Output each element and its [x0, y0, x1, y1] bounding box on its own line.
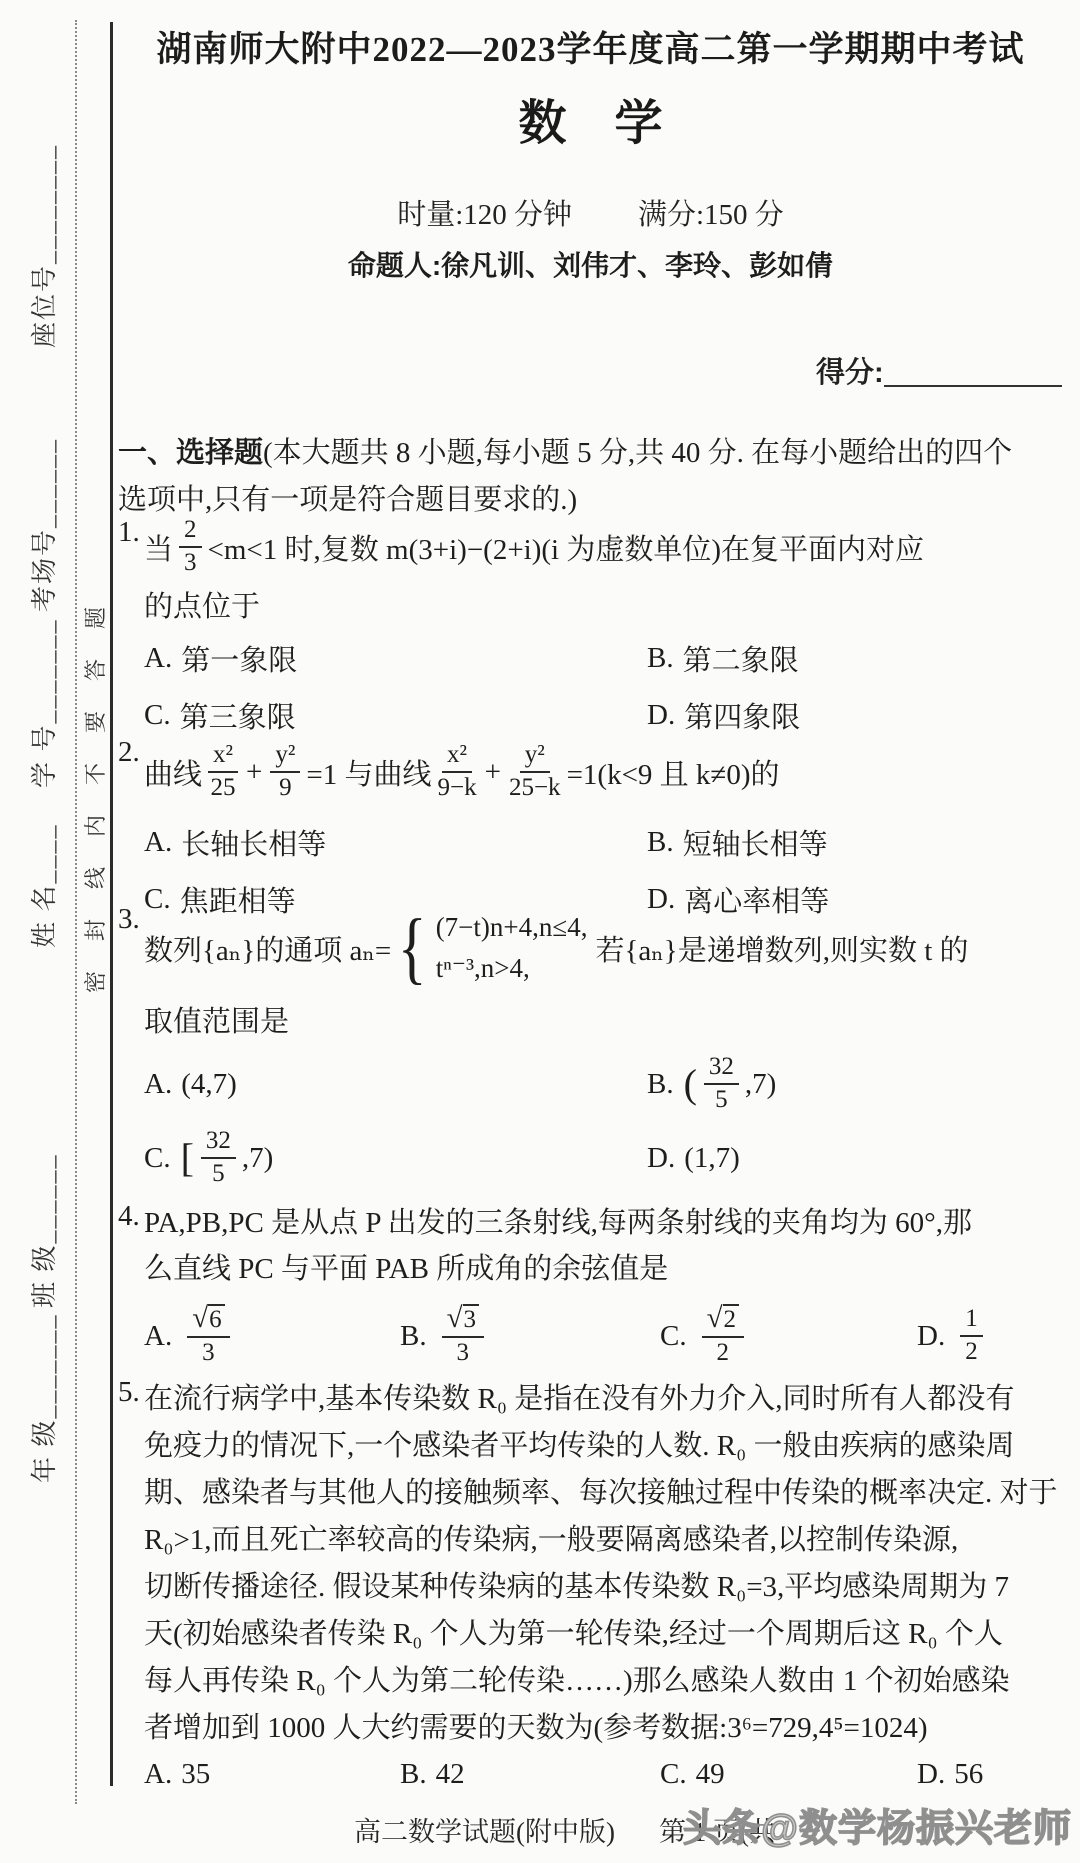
- question-text-run: 当: [144, 527, 173, 568]
- fraction-denominator: 5: [212, 1159, 225, 1189]
- question-number: 3.: [118, 903, 144, 1189]
- exam-paper-page: { "sym": { "sqrt": "√", "lbrace": "{" },…: [0, 0, 1080, 1863]
- option-text: 49: [696, 1758, 725, 1791]
- margin-solid-line: [110, 22, 113, 1786]
- question-text-run: =1(k<9 且 k≠0)的: [567, 752, 780, 793]
- option-a: A.长轴长相等: [144, 822, 647, 863]
- fraction-denominator: 25: [211, 773, 236, 803]
- fraction-denominator: 2: [717, 1338, 730, 1368]
- fraction-denominator: 3: [457, 1338, 470, 1368]
- option-label: D.: [917, 1758, 945, 1791]
- plus-sign: +: [246, 756, 262, 789]
- seat-number-label: 座位号________: [24, 144, 61, 348]
- radicand: 6: [208, 1304, 225, 1335]
- option-text: 长轴长相等: [181, 822, 326, 863]
- option-label: A.: [144, 826, 172, 859]
- section-heading: 一、选择题: [118, 437, 263, 469]
- exam-title: 湖南师大附中2022—2023学年度高二第一学期期中考试: [118, 22, 1063, 72]
- options-grid: A.第一象限 B.第二象限 C.第三象限 D.第四象限: [144, 638, 1063, 736]
- question-text-run: <m<1 时,复数 m(3+i)−(2+i)(i 为虚数单位)在复平面内对应: [208, 527, 925, 568]
- option-b: B.短轴长相等: [647, 822, 1063, 863]
- question-1: 1. 当 2 3 <m<1 时,复数 m(3+i)−(2+i)(i 为虚数单位)…: [118, 516, 1063, 736]
- question-text-line: 在流行病学中,基本传染数 R₀ 是指在没有外力介入,同时所有人都没有: [144, 1376, 1063, 1423]
- name-label: 姓 名____: [24, 823, 61, 948]
- question-text-line: 每人再传染 R₀ 个人为第二轮传染……)那么感染人数由 1 个初始感染: [144, 1658, 1063, 1705]
- question-text: 当 2 3 <m<1 时,复数 m(3+i)−(2+i)(i 为虚数单位)在复平…: [144, 516, 1063, 578]
- option-text: 第一象限: [181, 638, 297, 679]
- option-label: A.: [144, 1758, 172, 1791]
- score-blank-line: [884, 357, 1062, 387]
- question-5: 5. 在流行病学中,基本传染数 R₀ 是指在没有外力介入,同时所有人都没有 免疫…: [118, 1376, 1063, 1791]
- option-b: B. ( 325 ,7): [647, 1053, 1063, 1115]
- option-label: C.: [144, 1142, 171, 1175]
- sqrt-symbol: √: [447, 1304, 463, 1333]
- option-label: B.: [400, 1320, 427, 1353]
- option-text: (1,7): [684, 1142, 740, 1175]
- open-paren: (: [684, 1064, 697, 1104]
- student-id-label: 学 号_______: [24, 618, 61, 788]
- fraction-numerator: x²: [208, 741, 238, 773]
- option-text: ,7): [745, 1068, 776, 1101]
- fraction-denominator: 25−k: [509, 773, 561, 803]
- option-d: D.第四象限: [647, 695, 1063, 736]
- question-text-line: 切断传播途径. 假设某种传染病的基本传染数 R₀=3,平均感染周期为 7: [144, 1564, 1063, 1611]
- exam-room-label: 考场号______: [24, 438, 61, 612]
- fraction-denominator: 2: [965, 1337, 978, 1367]
- question-text-run: =1 与曲线: [306, 752, 431, 793]
- question-text-line: R₀>1,而且死亡率较高的传染病,一般要隔离感染者,以控制传染源,: [144, 1517, 1063, 1564]
- option-text: 56: [954, 1758, 983, 1791]
- fraction: y²25−k: [509, 741, 561, 803]
- question-text: 曲线 x²25 + y²9 =1 与曲线 x²9−k + y²25−k =1(k…: [144, 736, 1063, 808]
- fraction: 1 2: [960, 1305, 983, 1367]
- full-score-label: 满分:150 分: [638, 192, 784, 233]
- score-box: 得分:: [816, 350, 1062, 391]
- fraction-denominator: 3: [202, 1338, 215, 1368]
- option-c: C. [ 325 ,7): [144, 1127, 647, 1189]
- question-text: 数列{aₙ}的通项 aₙ= { (7−t)n+4,n≤4, tⁿ⁻³,n>4, …: [144, 903, 1063, 993]
- subject-title: 数 学: [118, 84, 1063, 153]
- question-text-line: 天(初始感染者传染 R₀ 个人为第一轮传染,经过一个周期后这 R₀ 个人: [144, 1611, 1063, 1658]
- question-text-line: 期、感染者与其他人的接触频率、每次接触过程中传染的概率决定. 对于: [144, 1470, 1063, 1517]
- options-grid: A.(4,7) B. ( 325 ,7) C. [ 325 ,7) D.(1,7…: [144, 1053, 1063, 1189]
- radicand: 3: [463, 1304, 480, 1335]
- option-label: D.: [647, 1142, 675, 1175]
- option-text: ,7): [242, 1142, 273, 1175]
- question-number: 1.: [118, 516, 144, 736]
- cases-brace: {: [398, 908, 427, 988]
- option-b: B.第二象限: [647, 638, 1063, 679]
- option-a: A.(4,7): [144, 1053, 647, 1115]
- option-text: 42: [436, 1758, 465, 1791]
- fraction-numerator: x²: [442, 741, 472, 773]
- fraction: √2 2: [702, 1304, 744, 1368]
- fraction-numerator: 1: [960, 1305, 983, 1337]
- option-label: B.: [647, 1068, 674, 1101]
- option-d: D. 1 2: [917, 1304, 1063, 1368]
- option-d: D.(1,7): [647, 1127, 1063, 1189]
- option-d: D.56: [917, 1758, 1063, 1791]
- option-label: C.: [660, 1320, 687, 1353]
- case-2: tⁿ⁻³,n>4,: [436, 953, 588, 984]
- plus-sign: +: [485, 756, 501, 789]
- options-grid: A.35 B.42 C.49 D.56: [144, 1758, 1063, 1791]
- fraction-denominator: 3: [184, 548, 197, 578]
- fraction-denominator: 5: [715, 1085, 728, 1115]
- fraction: y²9: [270, 741, 300, 803]
- duration-label: 时量:120 分钟: [397, 192, 572, 233]
- option-b: B. √3 3: [400, 1304, 660, 1368]
- open-bracket: [: [181, 1138, 194, 1178]
- question-number: 4.: [118, 1200, 144, 1368]
- question-2: 2. 曲线 x²25 + y²9 =1 与曲线 x²9−k + y²25−k =…: [118, 736, 1063, 920]
- fraction-numerator: y²: [520, 741, 550, 773]
- option-label: C.: [144, 699, 171, 732]
- seal-dotted-line: [75, 20, 77, 1804]
- option-a: A.35: [144, 1758, 400, 1791]
- sqrt-symbol: √: [192, 1304, 208, 1333]
- question-4: 4. PA,PB,PC 是从点 P 出发的三条射线,每两条射线的夹角均为 60°…: [118, 1200, 1063, 1368]
- fraction-numerator: 32: [201, 1127, 236, 1159]
- option-label: A.: [144, 1068, 172, 1101]
- option-text: (4,7): [181, 1068, 237, 1101]
- option-label: D.: [917, 1320, 945, 1353]
- option-text: 第二象限: [683, 638, 799, 679]
- watermark-text: 头条@数学杨振兴老师: [683, 1797, 1072, 1852]
- section-intro-1: (本大题共 8 小题,每小题 5 分,共 40 分. 在每小题给出的四个: [263, 437, 1012, 469]
- fraction-denominator: 9−k: [437, 773, 476, 803]
- option-label: A.: [144, 1320, 172, 1353]
- options-grid: A. √6 3 B. √3 3 C. √2: [144, 1304, 1063, 1368]
- fraction-numerator: y²: [270, 741, 300, 773]
- option-label: B.: [647, 642, 674, 675]
- question-text-line-2: 取值范围是: [144, 1005, 1063, 1039]
- option-label: B.: [400, 1758, 427, 1791]
- option-a: A.第一象限: [144, 638, 647, 679]
- option-label: C.: [660, 1758, 687, 1791]
- question-3: 3. 数列{aₙ}的通项 aₙ= { (7−t)n+4,n≤4, tⁿ⁻³,n>…: [118, 903, 1063, 1189]
- option-c: C. √2 2: [660, 1304, 917, 1368]
- class-label: 班 级______: [24, 1153, 61, 1308]
- fraction: 325: [704, 1053, 739, 1115]
- piecewise-cases: (7−t)n+4,n≤4, tⁿ⁻³,n>4,: [436, 912, 588, 984]
- score-label: 得分:: [816, 357, 884, 389]
- fraction: 325: [201, 1127, 236, 1189]
- option-text: 第三象限: [180, 695, 296, 736]
- option-text: 35: [181, 1758, 210, 1791]
- question-text-line-1: PA,PB,PC 是从点 P 出发的三条射线,每两条射线的夹角均为 60°,那: [144, 1200, 1063, 1246]
- fraction-numerator: 2: [179, 516, 202, 548]
- option-text: 短轴长相等: [683, 822, 828, 863]
- fraction: √6 3: [187, 1304, 229, 1368]
- grade-label: 年 级_______: [24, 1313, 61, 1483]
- question-text-run: 数列{aₙ}的通项 aₙ=: [144, 928, 391, 969]
- exam-meta: 时量:120 分钟 满分:150 分: [118, 192, 1063, 233]
- section-header: 一、选择题(本大题共 8 小题,每小题 5 分,共 40 分. 在每小题给出的四…: [118, 430, 1012, 524]
- seal-line-text: 密封线内不要答题: [79, 577, 110, 993]
- option-a: A. √6 3: [144, 1304, 400, 1368]
- question-text-line: 者增加到 1000 人大约需要的天数为(参考数据:3⁶=729,4⁵=1024): [144, 1705, 1063, 1752]
- case-1: (7−t)n+4,n≤4,: [436, 912, 588, 943]
- question-text-line-2: 么直线 PC 与平面 PAB 所成角的余弦值是: [144, 1246, 1063, 1292]
- question-number: 5.: [118, 1376, 144, 1791]
- fraction-denominator: 9: [279, 773, 292, 803]
- question-text-run: 若{aₙ}是递增数列,则实数 t 的: [595, 928, 968, 969]
- sqrt-symbol: √: [707, 1304, 723, 1333]
- option-c: C.49: [660, 1758, 917, 1791]
- authors-line: 命题人:徐凡训、刘伟才、李玲、彭如倩: [118, 244, 1063, 284]
- question-text-run: 曲线: [144, 752, 202, 793]
- question-text-line-2: 的点位于: [144, 590, 1063, 624]
- fraction: 2 3: [179, 516, 202, 578]
- fraction-numerator: 32: [704, 1053, 739, 1085]
- footer-paper-title: 高二数学试题(附中版): [354, 1817, 615, 1847]
- fraction: √3 3: [442, 1304, 484, 1368]
- option-label: B.: [647, 826, 674, 859]
- question-text-line: 免疫力的情况下,一个感染者平均传染的人数. R₀ 一般由疾病的感染周: [144, 1423, 1063, 1470]
- option-c: C.第三象限: [144, 695, 647, 736]
- option-label: A.: [144, 642, 172, 675]
- fraction: x²25: [208, 741, 238, 803]
- fraction: x²9−k: [437, 741, 476, 803]
- radicand: 2: [723, 1304, 740, 1335]
- option-b: B.42: [400, 1758, 660, 1791]
- question-number: 2.: [118, 736, 144, 920]
- option-text: 第四象限: [684, 695, 800, 736]
- option-label: D.: [647, 699, 675, 732]
